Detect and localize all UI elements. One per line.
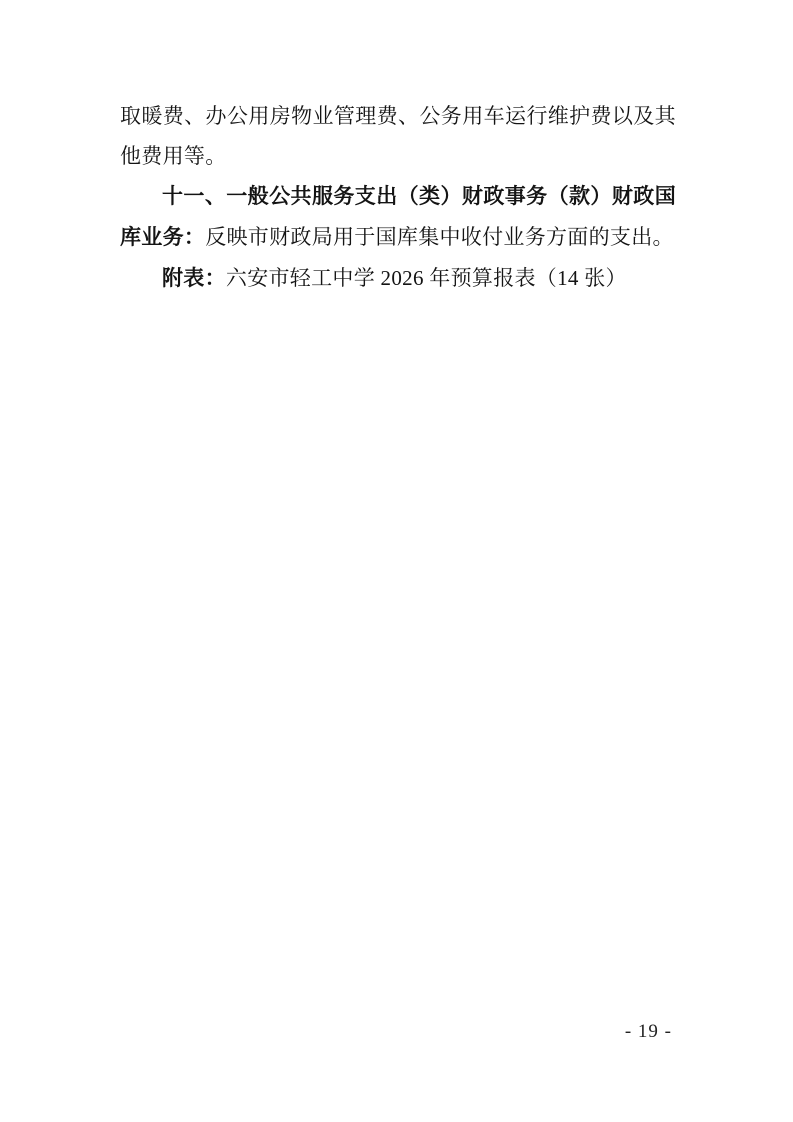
paragraph: 取暖费、办公用房物业管理费、公务用车运行维护费以及其他费用等。 <box>120 96 676 176</box>
text-segment: 六安市轻工中学 2026 年预算报表（14 张） <box>226 266 627 290</box>
document-page: 取暖费、办公用房物业管理费、公务用车运行维护费以及其他费用等。十一、一般公共服务… <box>0 0 793 1122</box>
paragraph: 十一、一般公共服务支出（类）财政事务（款）财政国库业务：反映市财政局用于国库集中… <box>120 176 676 258</box>
paragraph: 附表：六安市轻工中学 2026 年预算报表（14 张） <box>120 258 676 299</box>
page-number: - 19 - <box>625 1020 672 1044</box>
bold-text-segment: 附表： <box>162 267 226 290</box>
text-segment: 取暖费、办公用房物业管理费、公务用车运行维护费以及其他费用等。 <box>120 104 676 168</box>
text-segment: 反映市财政局用于国库集中收付业务方面的支出。 <box>205 225 674 249</box>
body-text-block: 取暖费、办公用房物业管理费、公务用车运行维护费以及其他费用等。十一、一般公共服务… <box>120 96 676 299</box>
